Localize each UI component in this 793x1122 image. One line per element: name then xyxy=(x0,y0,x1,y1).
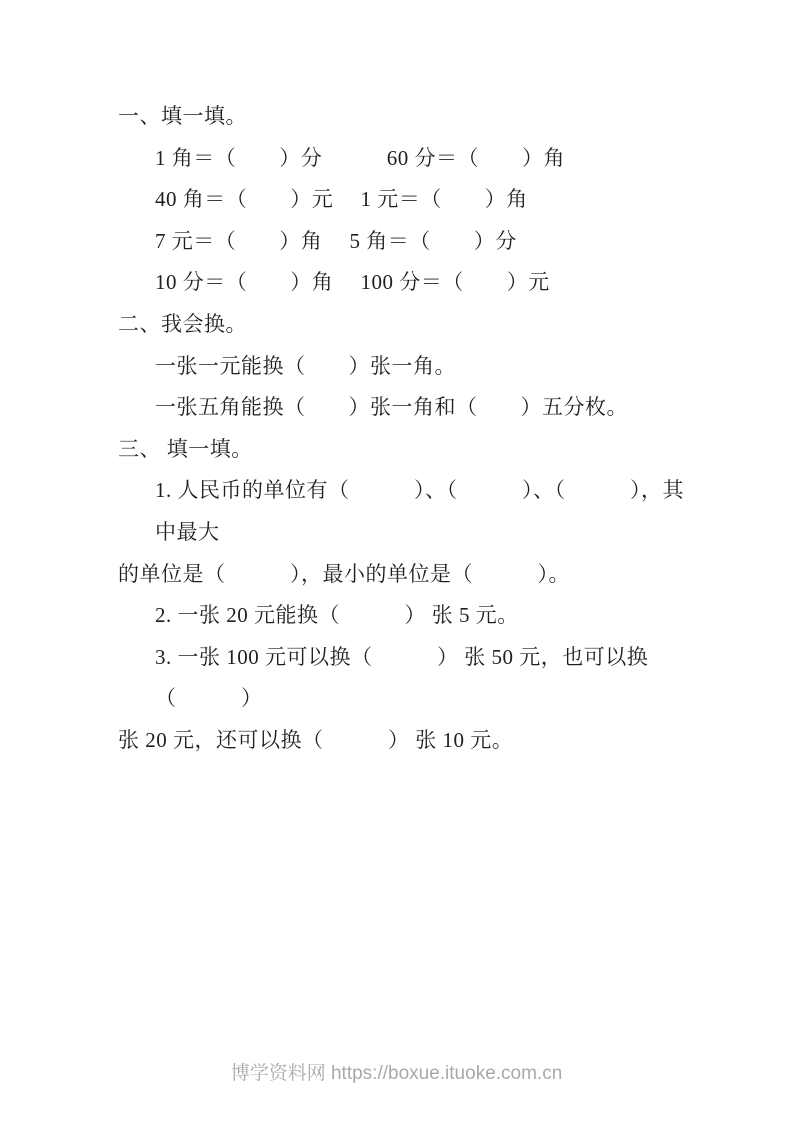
worksheet-content: 一、填一填。1 角＝（ ）分 60 分＝（ ）角40 角＝（ ）元 1 元＝（ … xyxy=(118,96,693,762)
worksheet-page: 一、填一填。1 角＝（ ）分 60 分＝（ ）角40 角＝（ ）元 1 元＝（ … xyxy=(0,0,793,1122)
footer-watermark: 博学资料网 https://boxue.ituoke.com.cn xyxy=(0,1060,793,1088)
section-2-title: 二、我会换。 xyxy=(118,304,693,346)
footer-text: 博学资料网 https://boxue.ituoke.com.cn xyxy=(231,1063,563,1084)
worksheet-line: 1. 人民币的单位有（ ）、（ ）、（ ），其中最大 xyxy=(118,470,693,553)
worksheet-line: 张 20 元，还可以换（ ） 张 10 元。 xyxy=(118,720,693,762)
section-3: 三、 填一填。1. 人民币的单位有（ ）、（ ）、（ ），其中最大的单位是（ ）… xyxy=(118,429,693,762)
worksheet-line: 40 角＝（ ）元 1 元＝（ ）角 xyxy=(118,179,693,221)
worksheet-line: 一张一元能换（ ）张一角。 xyxy=(118,346,693,388)
worksheet-line: 的单位是（ ），最小的单位是（ ）。 xyxy=(118,554,693,596)
section-1: 一、填一填。1 角＝（ ）分 60 分＝（ ）角40 角＝（ ）元 1 元＝（ … xyxy=(118,96,693,304)
worksheet-line: 一张五角能换（ ）张一角和（ ）五分枚。 xyxy=(118,387,693,429)
worksheet-line: 7 元＝（ ）角 5 角＝（ ）分 xyxy=(118,221,693,263)
section-2: 二、我会换。一张一元能换（ ）张一角。一张五角能换（ ）张一角和（ ）五分枚。 xyxy=(118,304,693,429)
section-3-title: 三、 填一填。 xyxy=(118,429,693,471)
worksheet-line: 2. 一张 20 元能换（ ） 张 5 元。 xyxy=(118,595,693,637)
worksheet-line: 10 分＝（ ）角 100 分＝（ ）元 xyxy=(118,262,693,304)
section-1-title: 一、填一填。 xyxy=(118,96,693,138)
worksheet-line: 3. 一张 100 元可以换（ ） 张 50 元，也可以换（ ） xyxy=(118,637,693,720)
worksheet-line: 1 角＝（ ）分 60 分＝（ ）角 xyxy=(118,138,693,180)
